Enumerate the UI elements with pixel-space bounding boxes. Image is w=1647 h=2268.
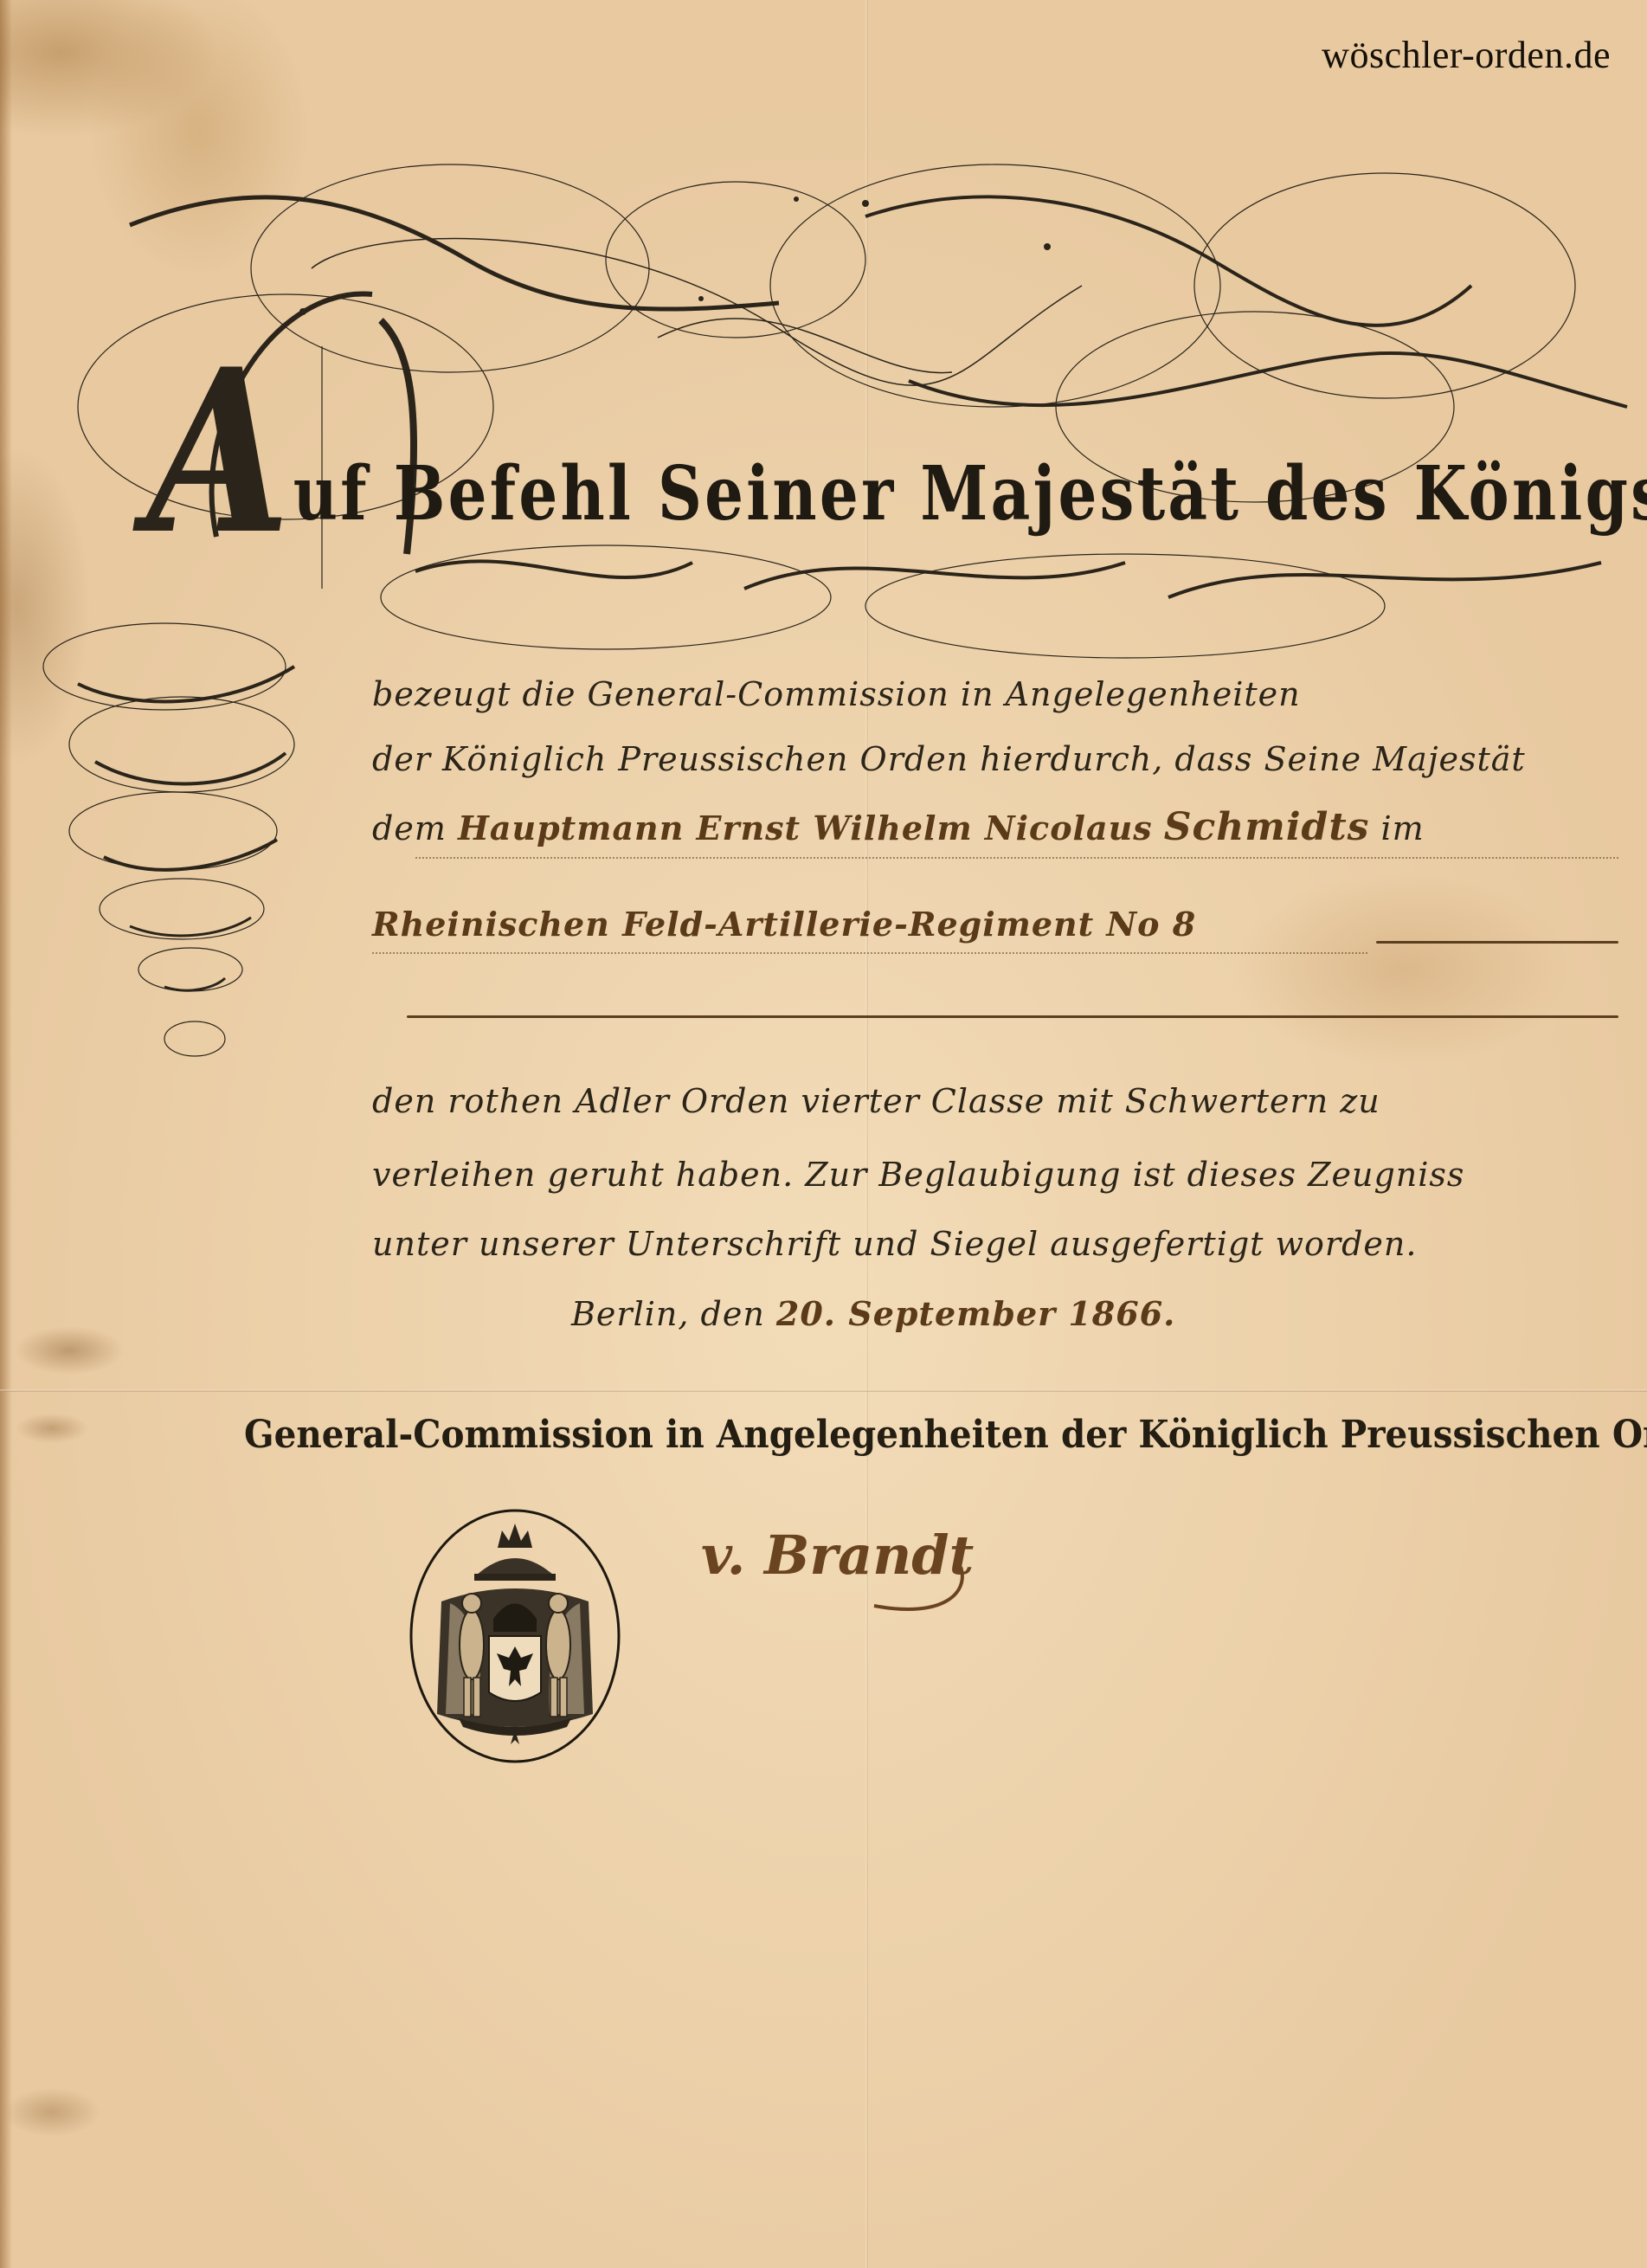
document-heading: Auf Befehl Seiner Majestät des Königs bbox=[147, 450, 1367, 538]
recipient-rank-names: Hauptmann Ernst Wilhelm Nicolaus bbox=[458, 809, 1153, 847]
body-line-1: bezeugt die General-Commission in Angele… bbox=[372, 675, 1618, 713]
date-place-prefix: Berlin, den bbox=[571, 1295, 765, 1333]
body-line-4: Rheinischen Feld-Artillerie-Regiment No … bbox=[372, 905, 1618, 944]
blank-fill-rule bbox=[1376, 941, 1618, 944]
body-line-2: der Königlich Preussischen Orden hierdur… bbox=[372, 740, 1618, 778]
prussian-coat-of-arms-seal-icon bbox=[407, 1506, 623, 1766]
body-line-3: dem Hauptmann Ernst Wilhelm Nicolaus Sch… bbox=[372, 805, 1618, 849]
date-handwritten: 20. September 1866. bbox=[776, 1294, 1175, 1333]
body-line-5: den rothen Adler Orden vierter Classe mi… bbox=[372, 1082, 1618, 1120]
body-line-7: unter unserer Unterschrift und Siegel au… bbox=[372, 1225, 1618, 1263]
date-line: Berlin, den 20. September 1866. bbox=[571, 1294, 1647, 1333]
printed-suffix: im bbox=[1381, 809, 1425, 847]
signature-flourish-icon bbox=[857, 1558, 978, 1627]
heading-initial: A bbox=[147, 320, 293, 584]
blank-fill-rule bbox=[407, 1015, 1618, 1018]
issuing-authority: General-Commission in Angelegenheiten de… bbox=[244, 1413, 1647, 1457]
body-line-6: verleihen geruht haben. Zur Beglaubigung… bbox=[372, 1156, 1618, 1194]
recipient-regiment: Rheinischen Feld-Artillerie-Regiment No … bbox=[372, 905, 1196, 944]
recipient-surname: Schmidts bbox=[1164, 805, 1370, 849]
fill-in-dotted-line bbox=[415, 857, 1618, 859]
heading-text: uf Befehl Seiner Majestät des Königs bbox=[293, 450, 1647, 538]
horizontal-fold-crease bbox=[0, 1389, 1647, 1392]
printed-prefix: dem bbox=[372, 809, 447, 847]
fill-in-dotted-line bbox=[372, 952, 1367, 954]
